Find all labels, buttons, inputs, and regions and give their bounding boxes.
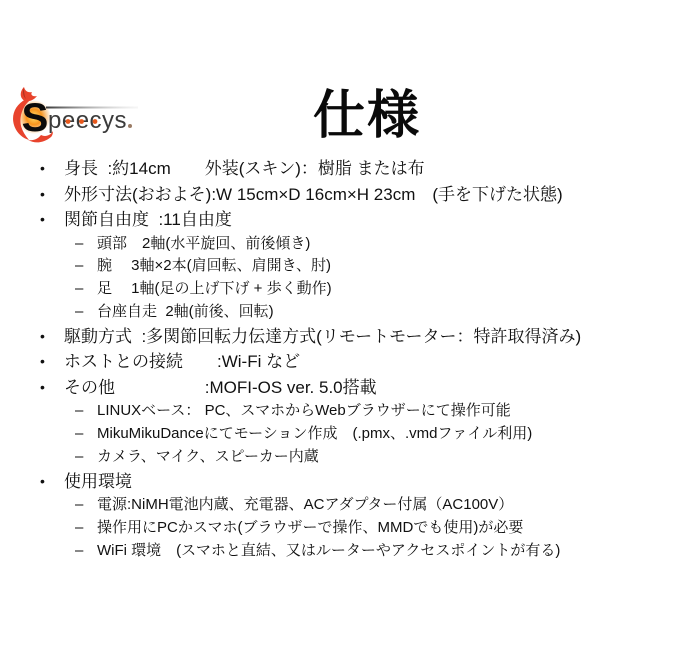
list-item-text: 使用環境 [64, 469, 132, 495]
list-item-text: その他 :MOFI-OS ver. 5.0搭載 [64, 375, 377, 401]
list-item-text: 台座自走 2軸(前後、回転) [97, 301, 274, 324]
bullet-icon: • [40, 156, 64, 182]
dash-icon: – [75, 517, 97, 540]
list-item-text: 関節自由度 :11自由度 [64, 207, 232, 233]
list-item-text: 外形寸法(おおよそ):W 15cm×D 16cm×H 23cm (手を下げた状態… [64, 182, 563, 208]
list-item-text: 電源:NiMH電池内蔵、充電器、ACアダプター付属（AC100V） [97, 494, 513, 517]
dash-icon: – [75, 400, 97, 423]
list-item: –電源:NiMH電池内蔵、充電器、ACアダプター付属（AC100V） [0, 494, 700, 517]
list-item: –腕 3軸×2本(肩回転、肩開き、肘) [0, 255, 700, 278]
list-item: –頭部 2軸(水平旋回、前後傾き) [0, 233, 700, 256]
slide-title: 仕様 [17, 88, 700, 145]
list-item: –操作用にPCかスマホ(ブラウザーで操作、MMDでも使用)が必要 [0, 517, 700, 540]
list-item: •その他 :MOFI-OS ver. 5.0搭載 [0, 375, 700, 401]
list-item-text: 操作用にPCかスマホ(ブラウザーで操作、MMDでも使用)が必要 [97, 517, 523, 540]
bullet-icon: • [40, 324, 64, 350]
dash-icon: – [75, 540, 97, 563]
list-item: •ホストとの接続 :Wi-Fi など [0, 349, 700, 375]
dash-icon: – [75, 233, 97, 256]
dash-icon: – [75, 446, 97, 469]
list-item-text: LINUXベース： PC、スマホからWebブラウザーにて操作可能 [97, 400, 511, 423]
list-item: •駆動方式 :多関節回転力伝達方式(リモートモーター：特許取得済み) [0, 324, 700, 350]
dash-icon: – [75, 494, 97, 517]
bullet-icon: • [40, 182, 64, 208]
list-item: –MikuMikuDanceにてモーション作成 (.pmx、.vmdファイル利用… [0, 423, 700, 446]
list-item: •関節自由度 :11自由度 [0, 207, 700, 233]
list-item-text: 腕 3軸×2本(肩回転、肩開き、肘) [97, 255, 331, 278]
list-item-text: ホストとの接続 :Wi-Fi など [64, 349, 300, 375]
list-item-text: カメラ、マイク、スピーカー内蔵 [97, 446, 319, 469]
list-item-text: 足 1軸(足の上げ下げ + 歩く動作) [97, 278, 332, 301]
dash-icon: – [75, 423, 97, 446]
list-item: –カメラ、マイク、スピーカー内蔵 [0, 446, 700, 469]
bullet-icon: • [40, 207, 64, 233]
list-item-text: 駆動方式 :多関節回転力伝達方式(リモートモーター：特許取得済み) [64, 324, 581, 350]
list-item-text: 身長 :約14cm 外装(スキン)：樹脂 または布 [64, 156, 425, 182]
bullet-icon: • [40, 349, 64, 375]
list-item: –台座自走 2軸(前後、回転) [0, 301, 700, 324]
list-item: –LINUXベース： PC、スマホからWebブラウザーにて操作可能 [0, 400, 700, 423]
dash-icon: – [75, 301, 97, 324]
spec-list: •身長 :約14cm 外装(スキン)：樹脂 または布•外形寸法(おおよそ):W … [0, 156, 700, 562]
bullet-icon: • [40, 469, 64, 495]
list-item: •身長 :約14cm 外装(スキン)：樹脂 または布 [0, 156, 700, 182]
dash-icon: – [75, 255, 97, 278]
list-item-text: WiFi 環境 (スマホと直結、又はルーターやアクセスポイントが有る) [97, 540, 560, 563]
list-item-text: 頭部 2軸(水平旋回、前後傾き) [97, 233, 310, 256]
list-item-text: MikuMikuDanceにてモーション作成 (.pmx、.vmdファイル利用) [97, 423, 532, 446]
dash-icon: – [75, 278, 97, 301]
list-item: •使用環境 [0, 469, 700, 495]
list-item: –WiFi 環境 (スマホと直結、又はルーターやアクセスポイントが有る) [0, 540, 700, 563]
list-item: –足 1軸(足の上げ下げ + 歩く動作) [0, 278, 700, 301]
list-item: •外形寸法(おおよそ):W 15cm×D 16cm×H 23cm (手を下げた状… [0, 182, 700, 208]
bullet-icon: • [40, 375, 64, 401]
